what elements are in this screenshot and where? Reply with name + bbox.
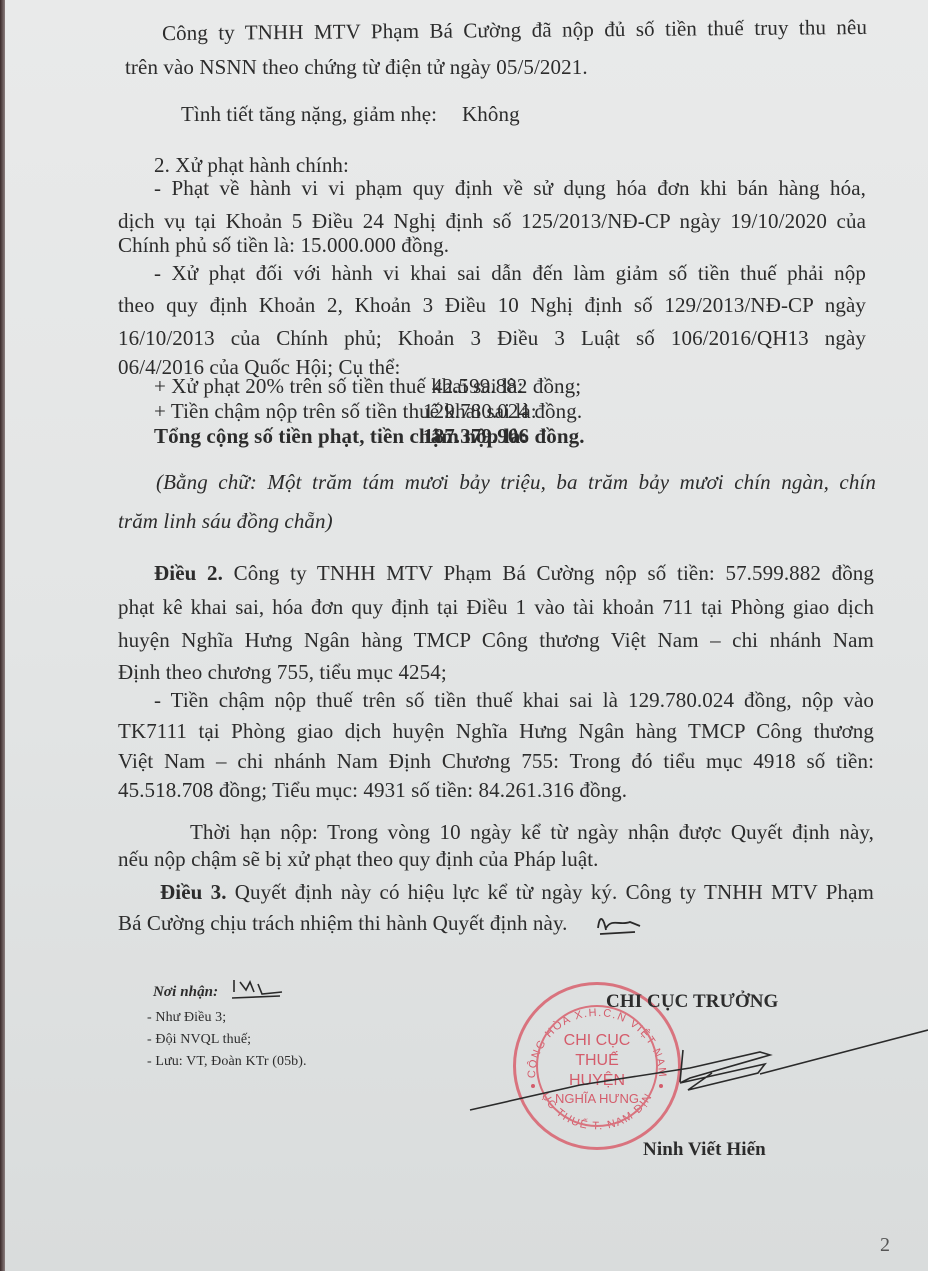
initials-mark <box>598 919 640 934</box>
signatory-title: CHI CỤC TRƯỞNG <box>606 992 778 1011</box>
circumstances-value: Không <box>462 104 520 125</box>
article2-line4: Định theo chương 755, tiểu mục 4254; <box>118 662 447 683</box>
stamp-line: HUYỆN <box>538 1071 656 1091</box>
item2-line3: 16/10/2013 của Chính phủ; Khoản 3 Điều 3… <box>118 328 866 349</box>
signatory-name: Ninh Viết Hiến <box>643 1140 766 1159</box>
item2-line1: - Xử phạt đối với hành vi khai sai dẫn đ… <box>154 263 866 284</box>
deadline-line1: Thời hạn nộp: Trong vòng 10 ngày kể từ n… <box>190 822 874 843</box>
deadline-line2: nếu nộp chậm sẽ bị xử phạt theo quy định… <box>118 849 599 870</box>
item1-line3: Chính phủ số tiền là: 15.000.000 đồng. <box>118 235 449 256</box>
stamp-center-text: CHI CỤC THUẾ HUYỆN NGHĨA HƯNG <box>538 1031 656 1107</box>
amount-in-words-line1: (Bằng chữ: Một trăm tám mươi bảy triệu, … <box>156 472 876 493</box>
penalty-late-amount: 129.780.024 đồng. <box>423 401 582 422</box>
late-payment-line2: TK7111 tại Phòng giao dịch huyện Nghĩa H… <box>118 721 874 742</box>
stamp-inner-ring: CHI CỤC THUẾ HUYỆN NGHĨA HƯNG <box>536 1005 658 1127</box>
stamp-line: NGHĨA HƯNG <box>538 1091 656 1107</box>
article2-label: Điều 2. <box>154 561 223 585</box>
article3-line2: Bá Cường chịu trách nhiệm thi hành Quyết… <box>118 913 568 934</box>
article3-label: Điều 3. <box>160 880 227 904</box>
recipients-heading: Nơi nhận: <box>153 985 218 1000</box>
late-payment-line4: 45.518.708 đồng; Tiểu mục: 4931 số tiền:… <box>118 780 627 801</box>
total-amount: 187.379.906 đồng. <box>423 426 585 447</box>
article3-line1: Điều 3. Quyết định này có hiệu lực kể từ… <box>160 882 874 903</box>
item1-line1: - Phạt về hành vi vi phạm quy định về sử… <box>154 178 866 199</box>
recipient-item: - Như Điều 3; <box>147 1011 226 1025</box>
late-payment-line3: Việt Nam – chi nhánh Nam Định Chương 755… <box>118 751 874 772</box>
recipient-initials <box>232 980 282 998</box>
amount-in-words-line2: trăm linh sáu đồng chẵn) <box>118 511 333 532</box>
circumstances-label: Tình tiết tăng nặng, giảm nhẹ: <box>181 104 437 125</box>
article3-line1-text: Quyết định này có hiệu lực kể từ ngày ký… <box>235 880 874 904</box>
stamp-line: THUẾ <box>538 1051 656 1071</box>
page-number: 2 <box>880 1235 890 1255</box>
paragraph-payment-line1: Công ty TNHH MTV Phạm Bá Cường đã nộp đủ… <box>162 17 867 44</box>
item1-line2: dịch vụ tại Khoản 5 Điều 24 Nghị định số… <box>118 211 866 232</box>
stamp-line: CHI CỤC <box>538 1031 656 1051</box>
paper-edge-shadow <box>0 0 5 1271</box>
late-payment-line1: - Tiền chậm nộp thuế trên số tiền thuế k… <box>154 690 874 711</box>
item2-line2: theo quy định Khoản 2, Khoản 3 Điều 10 N… <box>118 295 866 316</box>
recipient-item: - Lưu: VT, Đoàn KTr (05b). <box>147 1055 307 1069</box>
article2-line3: huyện Nghĩa Hưng Ngân hàng TMCP Công thư… <box>118 630 874 651</box>
article2-line1: Điều 2. Công ty TNHH MTV Phạm Bá Cường n… <box>154 563 874 584</box>
article2-line1-text: Công ty TNHH MTV Phạm Bá Cường nộp số ti… <box>234 561 874 585</box>
section2-heading: 2. Xử phạt hành chính: <box>154 155 349 176</box>
recipient-item: - Đội NVQL thuế; <box>147 1033 251 1047</box>
paragraph-payment-line2: trên vào NSNN theo chứng từ điện tử ngày… <box>125 57 588 78</box>
article2-line2: phạt kê khai sai, hóa đơn quy định tại Đ… <box>118 597 874 618</box>
penalty-20pct-amount: 42.599.882 đồng; <box>432 376 581 397</box>
